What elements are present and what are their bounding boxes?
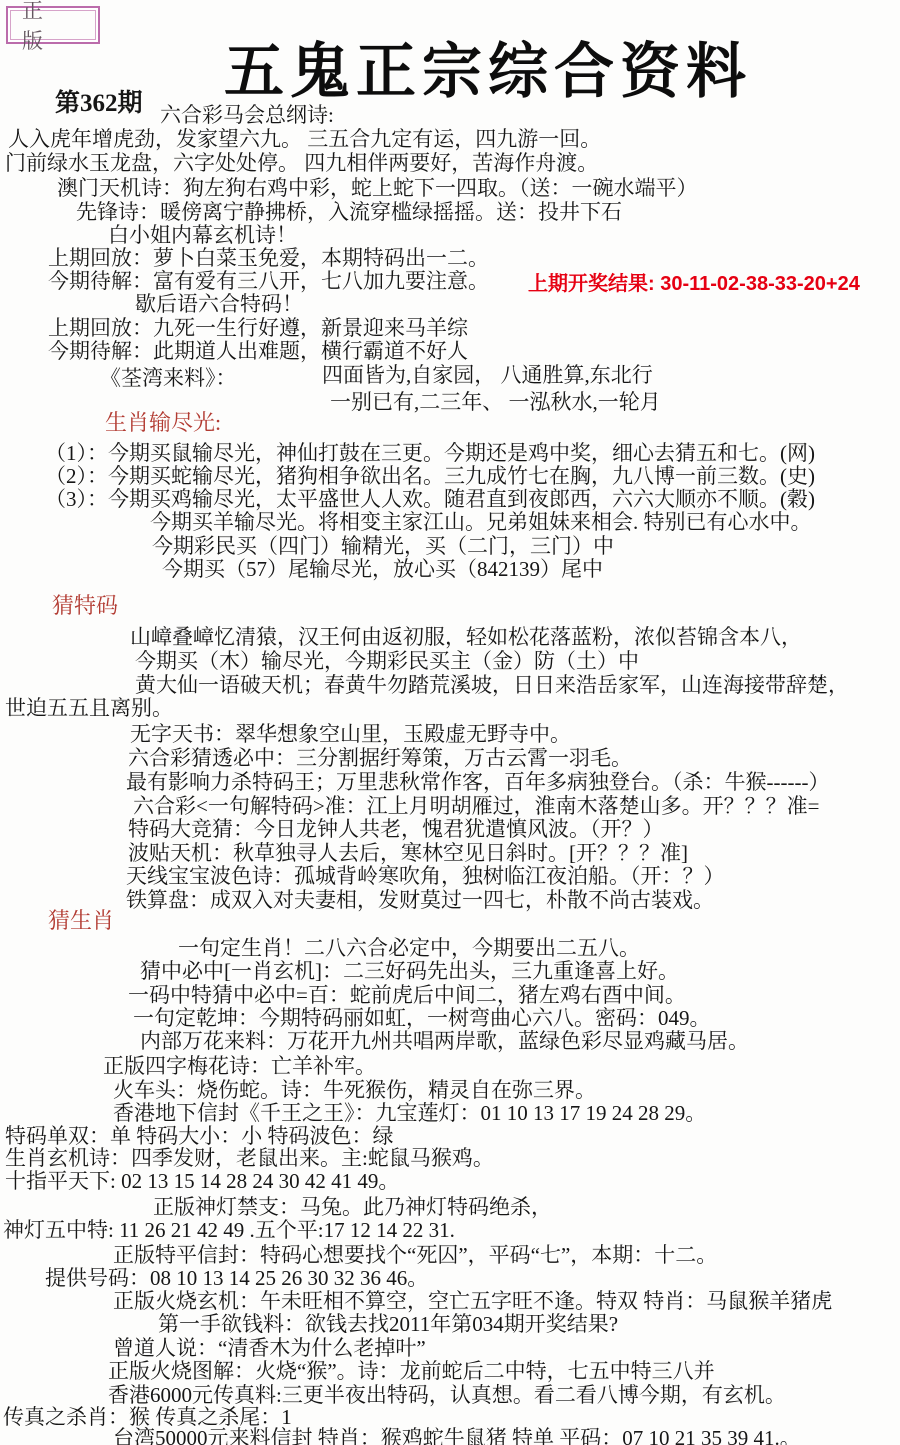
heading-shengxiao-shujinguang: 生肖输尽光: bbox=[105, 410, 221, 435]
text-line: （2）：今期买蛇输尽光，猪狗相争欲出名。三九成竹七在胸，九八博一前三数。(史) bbox=[45, 464, 815, 488]
text-line: 神灯五中特: 11 26 21 42 49 .五个平:17 12 14 22 3… bbox=[3, 1218, 455, 1242]
section-label-zongang: 六合彩马会总纲诗: bbox=[160, 103, 334, 127]
text-line: 歇后语六合特码！ bbox=[135, 292, 303, 316]
text-line: 人入虎年增虎劲，发家望六九。 三五合九定有运，四九游一回。 bbox=[8, 127, 601, 151]
text-line: 今期待解：富有爱有三八开，七八加九要注意。 bbox=[48, 269, 489, 293]
text-line: 山嶂叠嶂忆清猿，汉王何由返初服，轻如松花落蓝粉，浓似苔锦含本八， bbox=[130, 625, 802, 649]
authenticity-badge: 正 版 bbox=[6, 6, 100, 44]
text-line: 特码大竞猜：今日龙钟人共老，愧君犹遣慎风波。（开？） bbox=[128, 817, 664, 841]
text-line: 曾道人说：“清香木为什么老掉叶” bbox=[113, 1336, 426, 1360]
page-title: 五鬼正宗综合资料 bbox=[224, 24, 752, 110]
text-line: 天线宝宝波色诗：孤城背岭寒吹角，独树临江夜泊船。（开：？） bbox=[126, 864, 725, 888]
text-line: 先锋诗：暖傍离宁静拂桥，入流穿槛绿摇摇。送：投井下石 bbox=[76, 200, 622, 224]
issue-number: 第362期 bbox=[55, 90, 143, 119]
text-line: 今期买（57）尾输尽光，放心买（842139）尾中 bbox=[162, 557, 603, 581]
text-line: 今期待解：此期道人出难题，横行霸道不好人 bbox=[48, 339, 468, 363]
text-line: 白小姐内幕玄机诗！ bbox=[108, 223, 297, 247]
text-line: 一句定乾坤：今期特码丽如虹，一树弯曲心六八。密码：049。 bbox=[133, 1006, 711, 1030]
text-line: 六合彩猜透必中：三分割据纡筹策，万古云霄一羽毛。 bbox=[128, 746, 632, 770]
text-line: 今期买羊输尽光。将相变主家江山。兄弟姐妹来相会. 特别已有心水中。 bbox=[150, 510, 812, 534]
text-line: 香港地下信封《千王之王》：九宝莲灯：01 10 13 17 19 24 28 2… bbox=[113, 1101, 706, 1125]
text-line: 《荃湾来料》： bbox=[100, 366, 237, 390]
text-line: 上期回放：九死一生行好遵，新景迎来马羊综 bbox=[48, 316, 468, 340]
text-line: 提供号码：08 10 13 14 25 26 30 32 36 46。 bbox=[45, 1266, 428, 1290]
text-line: 特码单双：单 特码大小：小 特码波色：绿 bbox=[5, 1124, 394, 1148]
text-line: 生肖玄机诗：四季发财，老鼠出来。主:蛇鼠马猴鸡。 bbox=[5, 1146, 494, 1170]
text-line: 一句定生肖！二八六合必定中，今期要出二五八。 bbox=[178, 936, 640, 960]
text-line: 正版神灯禁支：马兔。此乃神灯特码绝杀， bbox=[153, 1195, 552, 1219]
text-line: 香港6000元传真料:三更半夜出特码，认真想。看二看八博今期，有玄机。 bbox=[108, 1383, 786, 1407]
text-line: 无字天书：翠华想象空山里，玉殿虚无野寺中。 bbox=[130, 722, 571, 746]
text-line: 内部万花来料：万花开九州共唱两岸歌，蓝绿色彩尽显鸡藏马居。 bbox=[140, 1029, 749, 1053]
text-line: 最有影响力杀特码王；万里悲秋常作客，百年多病独登台。（杀：牛猴------） bbox=[126, 770, 829, 794]
text-line: 波贴天机：秋草独寻人去后，寒林空见日斜时。[开？？？准] bbox=[128, 841, 688, 865]
text-line: 正版火烧图解：火烧“猴”。诗：龙前蛇后二中特，七五中特三八并 bbox=[108, 1359, 715, 1383]
text-line: 十指平天下: 02 13 15 14 28 24 30 42 41 49。 bbox=[5, 1169, 399, 1193]
text-line: 正版四字梅花诗：亡羊补牢。 bbox=[103, 1054, 376, 1078]
text-line: 上期回放：萝卜白菜玉免爱，本期特码出一二。 bbox=[48, 246, 489, 270]
heading-cai-tema: 猜特码 bbox=[52, 593, 118, 618]
text-line: （1）：今期买鼠输尽光，神仙打鼓在三更。今期还是鸡中奖，细心去猜五和七。(网) bbox=[45, 441, 815, 465]
text-line: 正版特平信封：特码心想要找个“死囚”，平码“七”，本期：十二。 bbox=[113, 1243, 717, 1267]
text-line: 火车头：烧伤蛇。诗：牛死猴伤，精灵自在弥三界。 bbox=[113, 1078, 596, 1102]
text-line: 门前绿水玉龙盘，六字处处停。 四九相伴两要好，苦海作舟渡。 bbox=[5, 151, 598, 175]
text-line: 台湾50000元来料信封 特肖：猴鸡蛇牛鼠猪 特单 平码：07 10 21 35… bbox=[113, 1426, 801, 1445]
text-line: 正版火烧玄机：午未旺相不算空，空亡五字旺不逢。特双 特肖：马鼠猴羊猪虎 bbox=[113, 1289, 832, 1313]
text-line: 铁算盘：成双入对夫妻相，发财莫过一四七，朴散不尚古装戏。 bbox=[126, 888, 714, 912]
authenticity-badge-label: 正 版 bbox=[8, 0, 98, 55]
text-line: 四面皆为,自家园， 八通胜算,东北行 bbox=[322, 363, 653, 387]
text-line: 一码中特猜中必中=百：蛇前虎后中间二，猪左鸡右酉中间。 bbox=[128, 983, 686, 1007]
text-line: （3）：今期买鸡输尽光，太平盛世人人欢。随君直到夜郎西，六六大顺亦不顺。(穀) bbox=[45, 487, 815, 511]
text-line: 世迫五五且离别。 bbox=[5, 696, 173, 720]
text-line: 澳门天机诗：狗左狗右鸡中彩，蛇上蛇下一四取。（送：一碗水端平） bbox=[57, 176, 698, 200]
text-line: 今期买（木）输尽光，今期彩民买主（金）防（土）中 bbox=[135, 649, 639, 673]
last-draw-result: 上期开奖结果: 30-11-02-38-33-20+24 bbox=[528, 273, 860, 296]
text-line: 第一手欲钱料：欲钱去找2011年第034期开奖结果? bbox=[158, 1312, 618, 1336]
text-line: 一别已有,二三年、 一泓秋水,一轮月 bbox=[330, 390, 661, 414]
page: 正 版 五鬼正宗综合资料 第362期六合彩马会总纲诗:人入虎年增虎劲，发家望六九… bbox=[0, 0, 900, 1445]
text-line: 猜中必中[一肖玄机]：二三好码先出头，三九重逢喜上好。 bbox=[140, 959, 679, 983]
text-line: 今期彩民买（四门）输精光，买（二门，三门）中 bbox=[152, 534, 614, 558]
text-line: 六合彩<一句解特码>准：江上月明胡雁过，淮南木落楚山多。开？？？准= bbox=[133, 794, 820, 818]
heading-cai-shengxiao: 猜生肖 bbox=[48, 908, 114, 933]
text-line: 黄大仙一语破天机；春黄牛勿踏荒溪坡，日日来浩岳家军，山连海接带辞楚， bbox=[135, 673, 849, 697]
